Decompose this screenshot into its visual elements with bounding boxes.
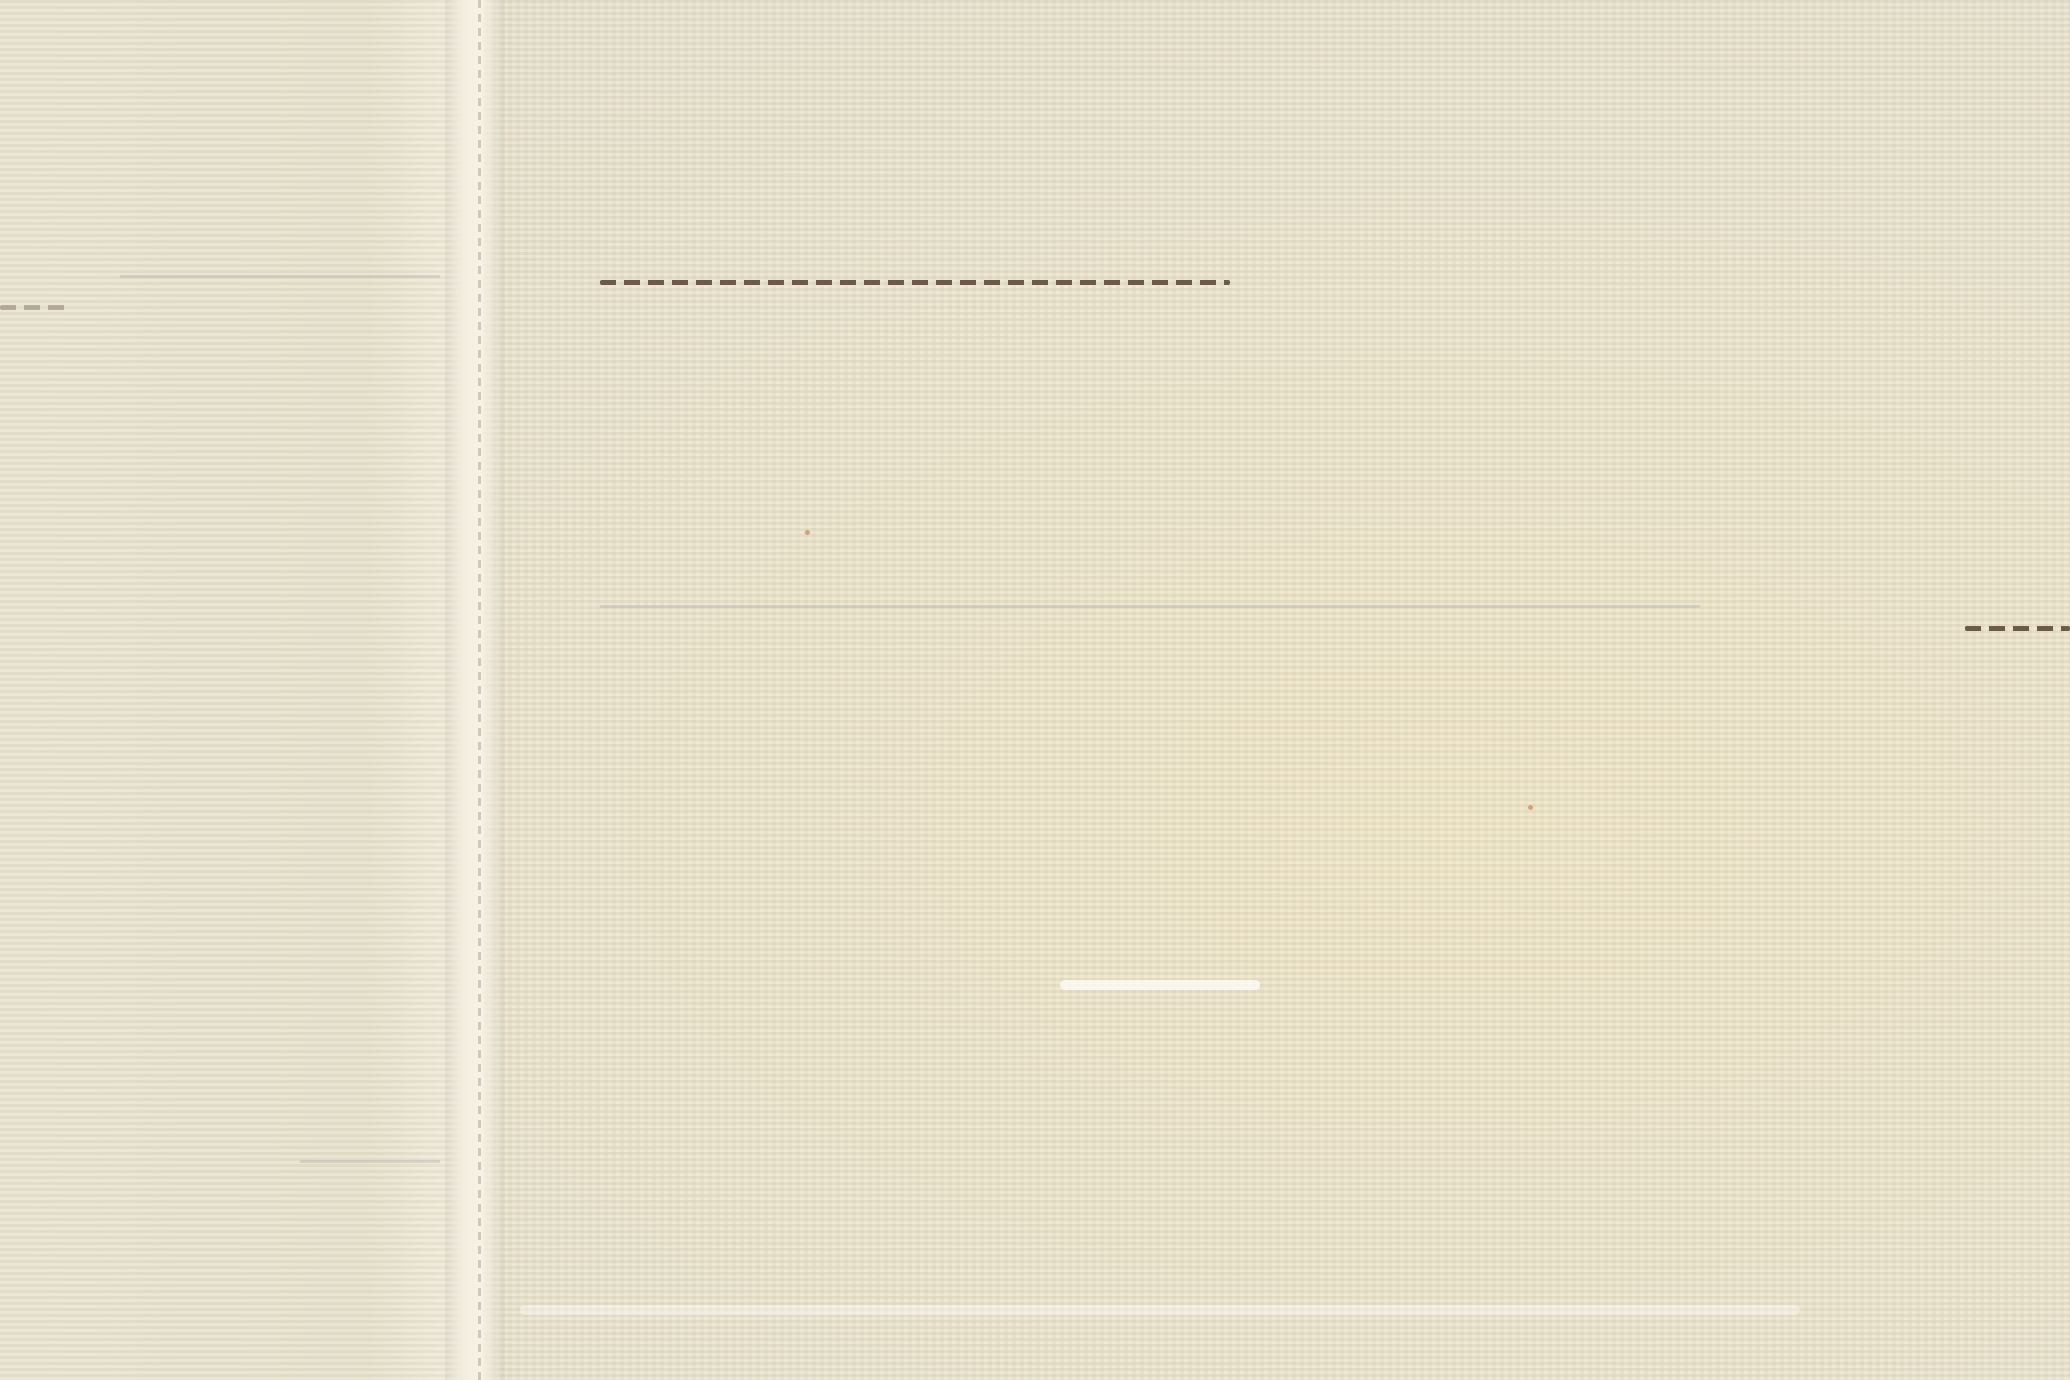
faint-weft-line-left-upper xyxy=(120,275,440,278)
vertical-seam xyxy=(445,0,505,1380)
woven-textile-photo xyxy=(0,0,2070,1380)
white-yarn-fuzz xyxy=(1060,980,1260,990)
seam-stitching xyxy=(478,0,481,1380)
left-fabric-panel xyxy=(0,0,460,1380)
white-yarn-fuzz-bottom xyxy=(520,1305,1800,1315)
faint-weft-line-mid xyxy=(600,605,1700,608)
orange-fiber-speck xyxy=(1528,805,1533,810)
orange-fiber-speck xyxy=(805,530,810,535)
faint-weft-line-left-lower xyxy=(300,1160,440,1163)
dashed-weft-line-left xyxy=(0,305,70,310)
dashed-weft-line-right xyxy=(1965,626,2070,631)
dashed-weft-line-top xyxy=(600,280,1230,285)
